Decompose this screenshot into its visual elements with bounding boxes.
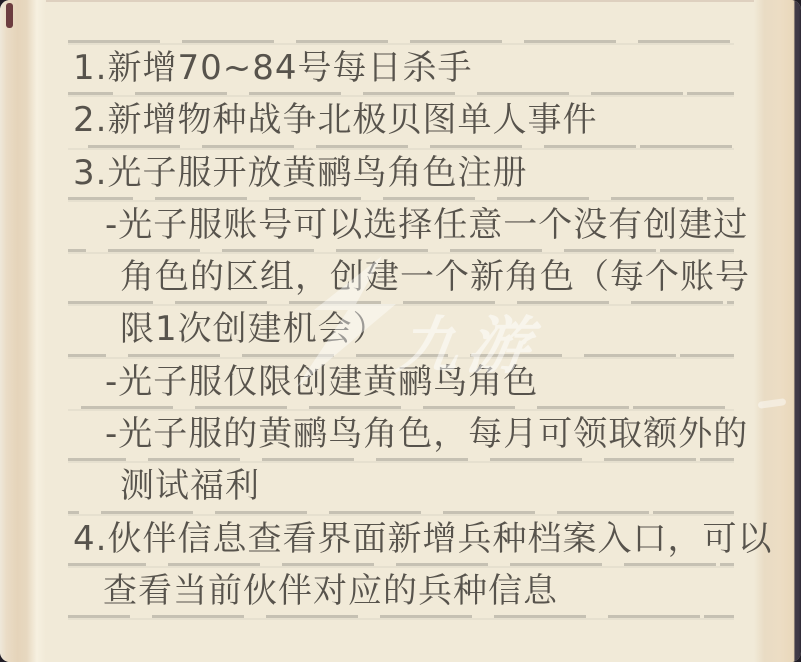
notebook-rule-line — [68, 249, 734, 252]
note-line-text: -光子服的黄鹂鸟角色，每月可领取额外的 — [68, 408, 734, 460]
note-line-text: 测试福利 — [68, 460, 734, 512]
paper-left-margin — [0, 0, 46, 662]
note-line-text: 1.新增70~84号每日杀手 — [68, 42, 734, 94]
notebook-rule-line — [68, 406, 734, 409]
note-line-text: -光子服账号可以选择任意一个没有创建过 — [68, 199, 734, 251]
notebook-rule-line — [68, 40, 734, 43]
notebook-rule-line — [68, 563, 734, 566]
note-line-text: 4.伙伴信息查看界面新增兵种档案入口，可以 — [68, 513, 734, 565]
update-notes-panel[interactable]: 1.新增70~84号每日杀手2.新增物种战争北极贝图单人事件3.光子服开放黄鹂鸟… — [68, 42, 734, 618]
notebook-rule-line — [68, 354, 734, 357]
notebook-rule-line — [68, 145, 734, 148]
paper-right-edge-border — [754, 0, 801, 662]
note-line: -光子服仅限创建黄鹂鸟角色 — [68, 356, 734, 408]
note-line-text: 2.新增物种战争北极贝图单人事件 — [68, 94, 734, 146]
notebook-rule-line — [68, 458, 734, 461]
notebook-rule-line — [68, 511, 734, 514]
note-line: -光子服的黄鹂鸟角色，每月可领取额外的 — [68, 408, 734, 460]
note-line: 查看当前伙伴对应的兵种信息 — [68, 565, 734, 617]
note-line: 1.新增70~84号每日杀手 — [68, 42, 734, 94]
corner-notch-mark — [6, 3, 13, 28]
notebook-rule-line — [68, 301, 734, 304]
note-line: 3.光子服开放黄鹂鸟角色注册 — [68, 147, 734, 199]
notebook-rule-line — [68, 197, 734, 200]
note-line: 4.伙伴信息查看界面新增兵种档案入口，可以 — [68, 513, 734, 565]
notebook-rule-line — [68, 92, 734, 95]
note-line: 限1次创建机会） — [68, 303, 734, 355]
note-line: 测试福利 — [68, 460, 734, 512]
note-line: 2.新增物种战争北极贝图单人事件 — [68, 94, 734, 146]
note-line-text: 角色的区组，创建一个新角色（每个账号 — [68, 251, 734, 303]
note-line-text: 3.光子服开放黄鹂鸟角色注册 — [68, 147, 734, 199]
note-line-text: -光子服仅限创建黄鹂鸟角色 — [68, 356, 734, 408]
note-line-text: 查看当前伙伴对应的兵种信息 — [68, 565, 734, 617]
note-line: -光子服账号可以选择任意一个没有创建过 — [68, 199, 734, 251]
note-line-text: 限1次创建机会） — [68, 303, 734, 355]
note-line: 角色的区组，创建一个新角色（每个账号 — [68, 251, 734, 303]
game-update-notes-screen: 1.新增70~84号每日杀手2.新增物种战争北极贝图单人事件3.光子服开放黄鹂鸟… — [0, 0, 801, 662]
top-edge-line — [0, 0, 801, 2]
